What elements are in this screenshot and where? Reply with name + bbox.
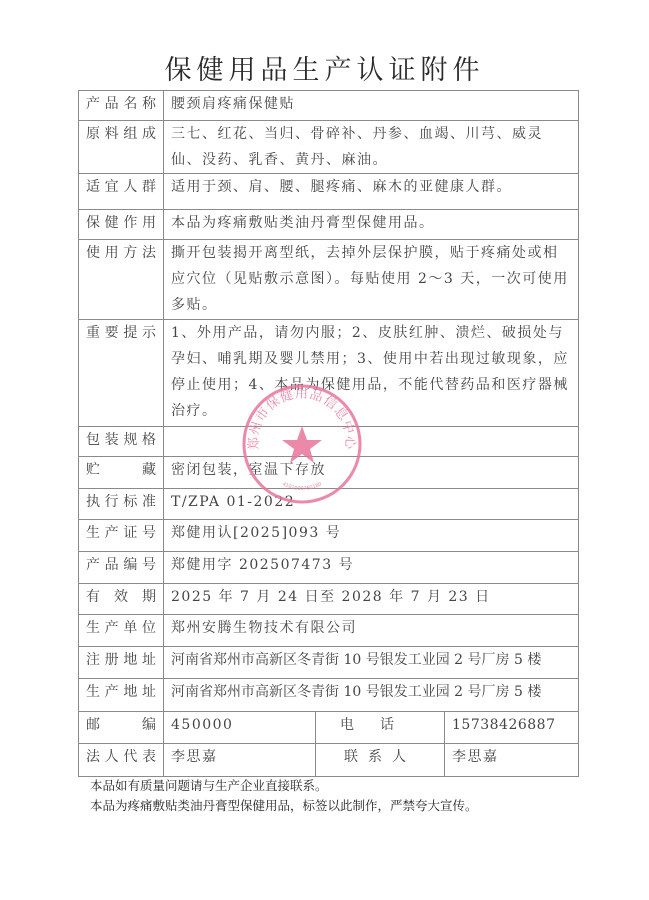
row-target-group: 适宜人群 适用于颈、肩、腰、腿疼痛、麻木的亚健康人群。 [79, 174, 579, 210]
value-function: 本品为疼痛敷贴类油丹膏型保健用品。 [164, 210, 579, 240]
value-packaging [164, 427, 579, 457]
label-phone: 电话 [316, 712, 445, 744]
row-warnings: 重要提示 1、外用产品，请勿内服；2、皮肤红肿、溃烂、破损处与孕妇、哺乳期及婴儿… [79, 320, 579, 427]
note-quality-contact: 本品如有质量问题请与生产企业直接联系。 [90, 776, 478, 796]
label-target-group: 适宜人群 [79, 174, 164, 210]
certificate-table: 产品名称 腰颈肩疼痛保健贴 原料组成 三七、红花、当归、骨碎补、丹参、血竭、川芎… [78, 90, 579, 777]
label-license-no: 生产证号 [79, 520, 164, 552]
row-storage: 贮 藏 密闭包装，室温下存放 [79, 457, 579, 489]
row-validity: 有效期 2025 年 7 月 24 日至 2028 年 7 月 23 日 [79, 584, 579, 615]
label-product-name: 产品名称 [79, 91, 164, 121]
label-validity: 有效期 [79, 584, 164, 615]
value-standard: T/ZPA 01-2022 [164, 489, 579, 520]
label-production-address: 生产地址 [79, 679, 164, 712]
row-packaging: 包装规格 [79, 427, 579, 457]
value-storage: 密闭包装，室温下存放 [164, 457, 579, 489]
label-legal-rep: 法人代表 [79, 744, 164, 777]
label-function: 保健作用 [79, 210, 164, 240]
label-ingredients: 原料组成 [79, 121, 164, 174]
label-postcode: 邮 编 [79, 712, 164, 744]
value-phone: 15738426887 [445, 712, 579, 744]
value-contact: 李思嘉 [445, 744, 579, 777]
value-production-address: 河南省郑州市高新区冬青街 10 号银发工业园 2 号厂房 5 楼 [164, 679, 579, 712]
row-standard: 执行标准 T/ZPA 01-2022 [79, 489, 579, 520]
row-ingredients: 原料组成 三七、红花、当归、骨碎补、丹参、血竭、川芎、威灵仙、没药、乳香、黄丹、… [79, 121, 579, 174]
label-usage: 使用方法 [79, 240, 164, 320]
label-standard: 执行标准 [79, 489, 164, 520]
value-product-no: 郑健用字 202507473 号 [164, 552, 579, 584]
footer-notes: 本品如有质量问题请与生产企业直接联系。 本品为疼痛敷贴类油丹膏型保健用品，标签以… [90, 776, 478, 816]
value-registered-address: 河南省郑州市高新区冬青街 10 号银发工业园 2 号厂房 5 楼 [164, 647, 579, 679]
row-product-no: 产品编号 郑健用字 202507473 号 [79, 552, 579, 584]
row-production-address: 生产地址 河南省郑州市高新区冬青街 10 号银发工业园 2 号厂房 5 楼 [79, 679, 579, 712]
label-storage: 贮 藏 [79, 457, 164, 489]
label-warnings: 重要提示 [79, 320, 164, 427]
row-registered-address: 注册地址 河南省郑州市高新区冬青街 10 号银发工业园 2 号厂房 5 楼 [79, 647, 579, 679]
row-usage: 使用方法 撕开包装揭开离型纸，去掉外层保护膜，贴于疼痛处或相应穴位（见贴敷示意图… [79, 240, 579, 320]
label-contact: 联系人 [316, 744, 445, 777]
value-product-name: 腰颈肩疼痛保健贴 [164, 91, 579, 121]
row-license-no: 生产证号 郑健用认[2025]093 号 [79, 520, 579, 552]
value-ingredients: 三七、红花、当归、骨碎补、丹参、血竭、川芎、威灵仙、没药、乳香、黄丹、麻油。 [164, 121, 579, 174]
value-warnings: 1、外用产品，请勿内服；2、皮肤红肿、溃烂、破损处与孕妇、哺乳期及婴儿禁用；3、… [164, 320, 579, 427]
value-legal-rep: 李思嘉 [164, 744, 316, 777]
value-postcode: 450000 [164, 712, 316, 744]
value-license-no: 郑健用认[2025]093 号 [164, 520, 579, 552]
value-validity: 2025 年 7 月 24 日至 2028 年 7 月 23 日 [164, 584, 579, 615]
document-title: 保健用品生产认证附件 [0, 48, 649, 87]
value-target-group: 适用于颈、肩、腰、腿疼痛、麻木的亚健康人群。 [164, 174, 579, 210]
row-postcode-phone: 邮 编 450000 电话 15738426887 [79, 712, 579, 744]
label-manufacturer: 生产单位 [79, 615, 164, 647]
value-manufacturer: 郑州安腾生物技术有限公司 [164, 615, 579, 647]
label-registered-address: 注册地址 [79, 647, 164, 679]
row-product-name: 产品名称 腰颈肩疼痛保健贴 [79, 91, 579, 121]
row-function: 保健作用 本品为疼痛敷贴类油丹膏型保健用品。 [79, 210, 579, 240]
value-usage: 撕开包装揭开离型纸，去掉外层保护膜，贴于疼痛处或相应穴位（见贴敷示意图）。每贴使… [164, 240, 579, 320]
row-manufacturer: 生产单位 郑州安腾生物技术有限公司 [79, 615, 579, 647]
label-product-no: 产品编号 [79, 552, 164, 584]
note-label-statement: 本品为疼痛敷贴类油丹膏型保健用品，标签以此制作，严禁夸大宣传。 [90, 796, 478, 816]
label-packaging: 包装规格 [79, 427, 164, 457]
row-legal-contact: 法人代表 李思嘉 联系人 李思嘉 [79, 744, 579, 777]
